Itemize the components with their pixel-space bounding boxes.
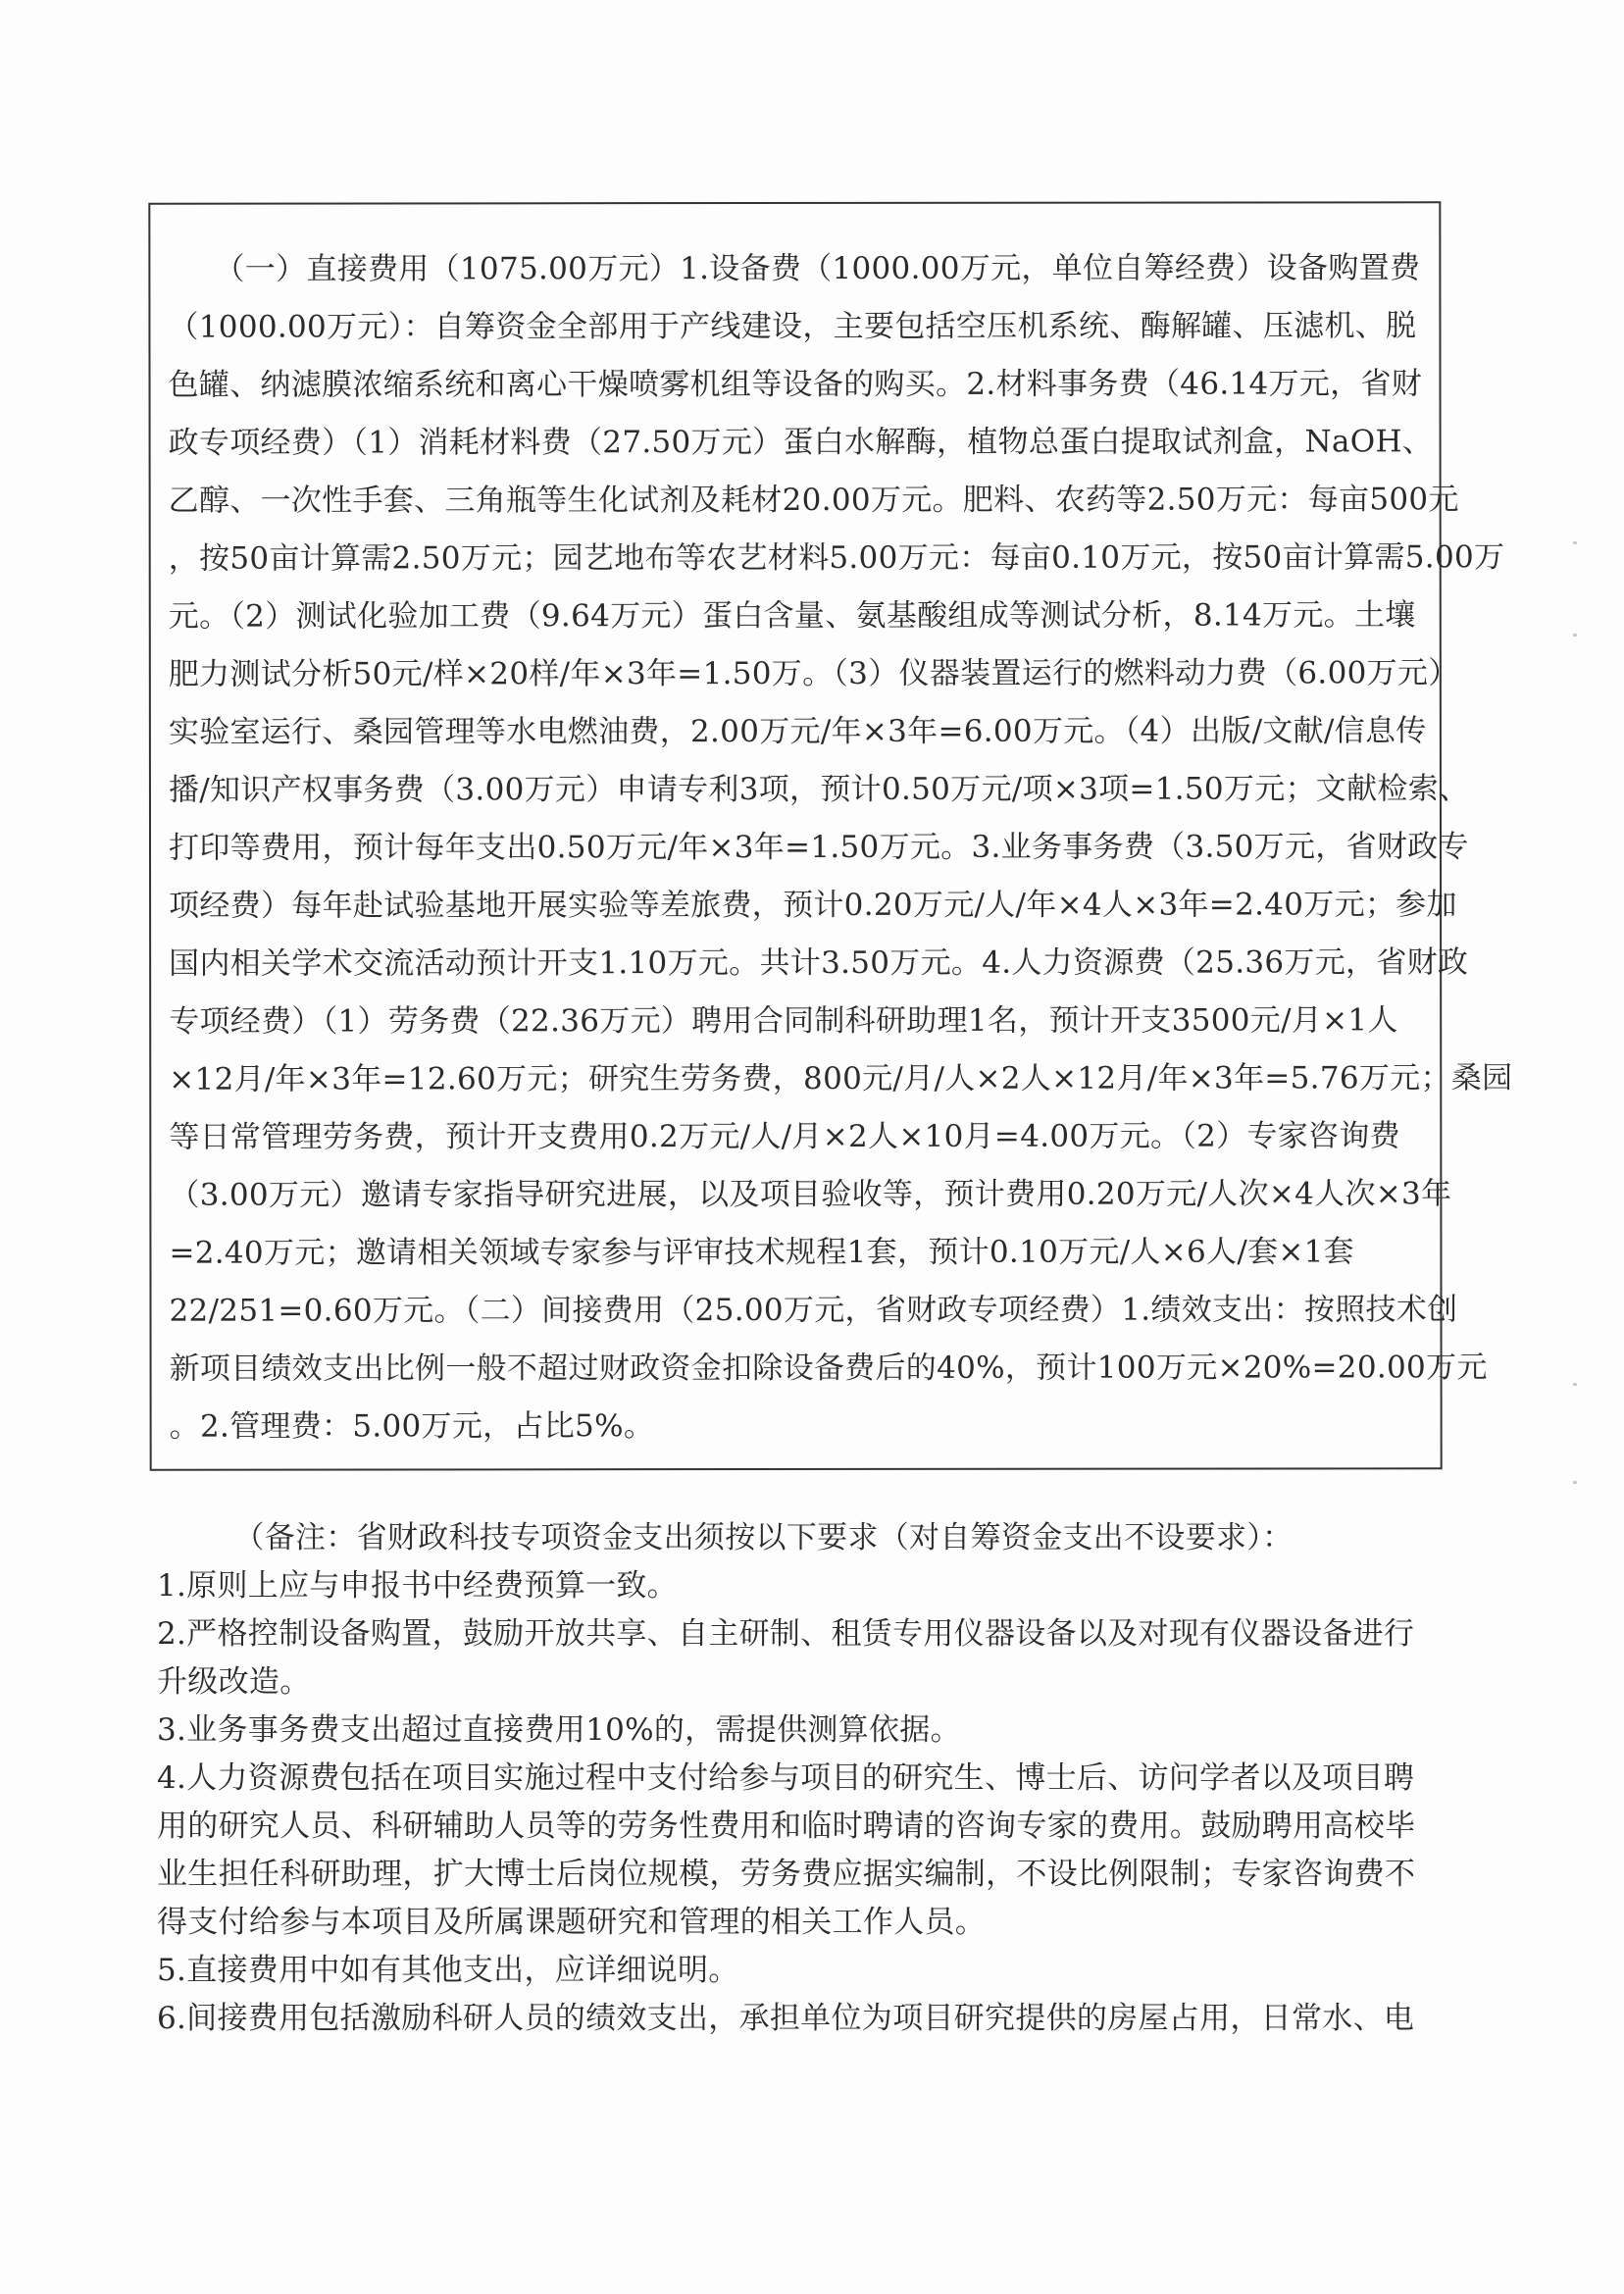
note-item-5: 5.直接费用中如有其他支出，应详细说明。 xyxy=(157,1951,739,1990)
note-item-4-cont: 得支付给参与本项目及所属课题研究和管理的相关工作人员。 xyxy=(157,1903,986,1942)
budget-text-line: （3.00万元）邀请专家指导研究进展，以及项目验收等，预计费用0.20万元/人次… xyxy=(169,1174,1451,1214)
budget-text-line: ×12月/年×3年=12.60万元；研究生劳务费，800元/月/人×2人×12月… xyxy=(169,1058,1512,1098)
budget-text-line: 乙醇、一次性手套、三角瓶等生化试剂及耗材20.00万元。肥料、农药等2.50万元… xyxy=(169,480,1459,520)
budget-text-line: 色罐、纳滤膜浓缩系统和离心干燥喷雾机组等设备的购买。2.材料事务费（46.14万… xyxy=(168,364,1422,404)
budget-text-line: 项经费）每年赴试验基地开展实验等差旅费，预计0.20万元/人/年×4人×3年=2… xyxy=(169,885,1457,925)
budget-explanation-box: （一）直接费用（1075.00万元）1.设备费（1000.00万元，单位自筹经费… xyxy=(148,201,1442,1470)
scan-artifact xyxy=(1573,1481,1577,1484)
budget-text-line: 实验室运行、桑园管理等水电燃油费，2.00万元/年×3年=6.00万元。（4）出… xyxy=(169,711,1427,751)
document-page: （一）直接费用（1075.00万元）1.设备费（1000.00万元，单位自筹经费… xyxy=(0,0,1624,2294)
notes-heading: （备注：省财政科技专项资金支出须按以下要求（对自筹资金支出不设要求）： xyxy=(157,1518,1293,1557)
note-item-4-cont: 业生担任科研助理，扩大博士后岗位规模，劳务费应据实编制，不设比例限制；专家咨询费… xyxy=(157,1855,1415,1894)
budget-text-line: =2.40万元；邀请相关领域专家参与评审技术规程1套，预计0.10万元/人×6人… xyxy=(169,1232,1354,1272)
note-item-4: 4.人力资源费包括在项目实施过程中支付给参与项目的研究生、博士后、访问学者以及项… xyxy=(157,1759,1414,1798)
budget-text-line: （1000.00万元）：自筹资金全部用于产线建设，主要包括空压机系统、酶解罐、压… xyxy=(168,306,1416,346)
scan-artifact xyxy=(1573,541,1577,544)
budget-text-line: 等日常管理劳务费，预计开支费用0.2万元/人/月×2人×10月=4.00万元。（… xyxy=(169,1116,1400,1156)
note-item-6: 6.间接费用包括激励科研人员的绩效支出，承担单位为项目研究提供的房屋占用，日常水… xyxy=(157,1999,1414,2038)
note-item-1: 1.原则上应与申报书中经费预算一致。 xyxy=(157,1566,678,1606)
note-item-4-cont: 用的研究人员、科研辅助人员等的劳务性费用和临时聘请的咨询专家的费用。鼓励聘用高校… xyxy=(157,1807,1415,1846)
scan-artifact xyxy=(1573,634,1577,637)
budget-text-line: ，按50亩计算需2.50万元；园艺地布等农艺材料5.00万元：每亩0.10万元，… xyxy=(169,537,1505,578)
budget-text-line: 元。（2）测试化验加工费（9.64万元）蛋白含量、氨基酸组成等测试分析，8.14… xyxy=(169,595,1416,636)
budget-text-line: （一）直接费用（1075.00万元）1.设备费（1000.00万元，单位自筹经费… xyxy=(168,248,1420,288)
budget-text-line: 。2.管理费：5.00万元，占比5%。 xyxy=(170,1406,655,1447)
budget-text-line: 肥力测试分析50元/样×20样/年×3年=1.50万。（3）仪器装置运行的燃料动… xyxy=(169,653,1459,693)
budget-text-line: 专项经费）（1）劳务费（22.36万元）聘用合同制科研助理1名，预计开支3500… xyxy=(169,1000,1398,1041)
scan-artifact xyxy=(1573,1383,1577,1386)
budget-text-line: 国内相关学术交流活动预计开支1.10万元。共计3.50万元。4.人力资源费（25… xyxy=(169,943,1468,983)
budget-text-line: 打印等费用，预计每年支出0.50万元/年×3年=1.50万元。3.业务事务费（3… xyxy=(169,827,1469,867)
budget-text-line: 政专项经费）（1）消耗材料费（27.50万元）蛋白水解酶，植物总蛋白提取试剂盒，… xyxy=(169,422,1434,462)
budget-text-line: 播/知识产权事务费（3.00万元）申请专利3项，预计0.50万元/项×3项=1.… xyxy=(169,769,1469,809)
note-item-3: 3.业务事务费支出超过直接费用10%的，需提供测算依据。 xyxy=(157,1710,961,1750)
budget-text-line: 新项目绩效支出比例一般不超过财政资金扣除设备费后的40%，预计100万元×20%… xyxy=(170,1348,1488,1388)
note-item-2-cont: 升级改造。 xyxy=(157,1662,311,1702)
note-item-2: 2.严格控制设备购置，鼓励开放共享、自主研制、租赁专用仪器设备以及对现有仪器设备… xyxy=(157,1614,1414,1654)
budget-text-line: 22/251=0.60万元。（二）间接费用（25.00万元，省财政专项经费）1.… xyxy=(169,1290,1457,1330)
